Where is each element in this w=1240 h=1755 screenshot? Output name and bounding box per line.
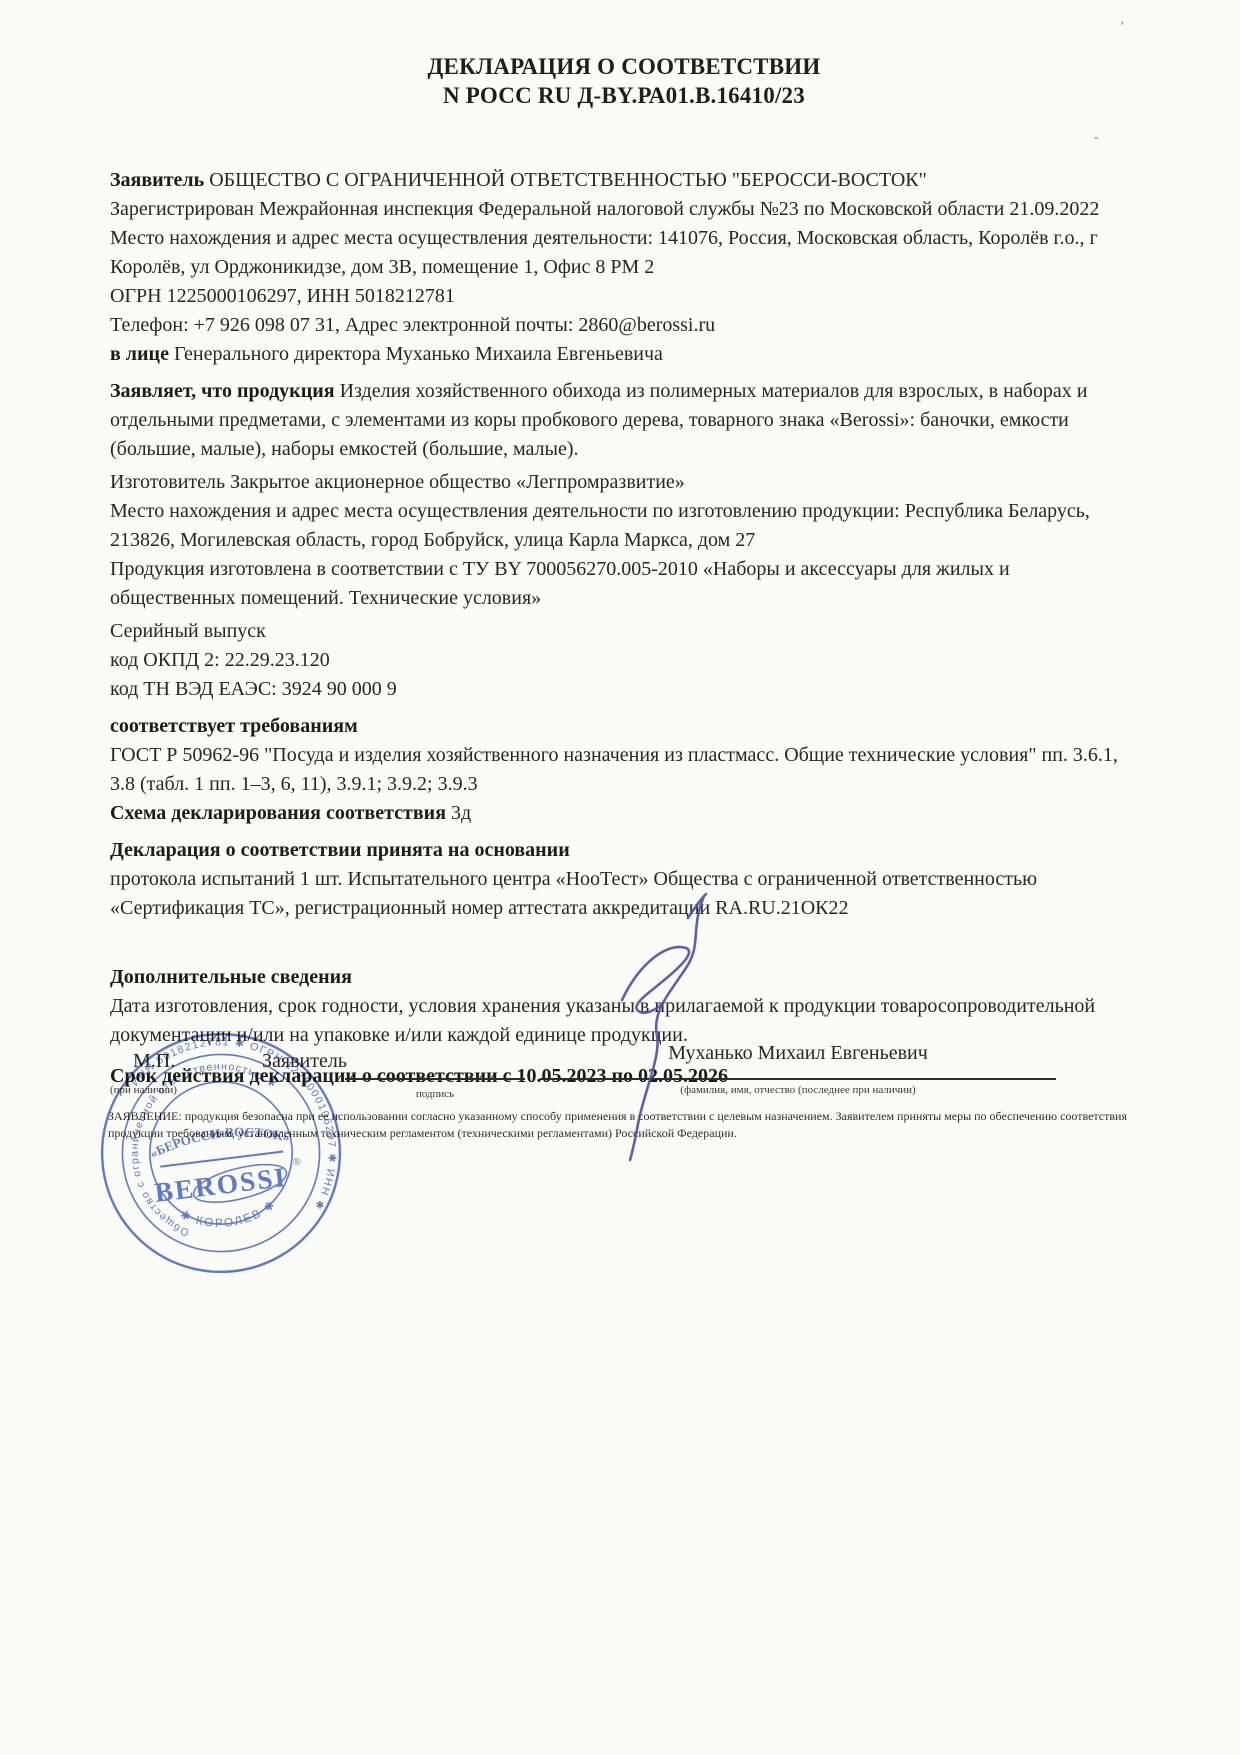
signer-role-label: Заявитель — [262, 1050, 347, 1073]
serial-release: Серийный выпуск — [110, 617, 1138, 646]
name-note: (фамилия, имя, отчество (последнее при н… — [540, 1084, 1056, 1096]
tu-standard-line: Продукция изготовлена в соответствии с Т… — [110, 555, 1138, 613]
stamp-logo: BEROSSI — [153, 1162, 289, 1208]
stamp-logo-reg-icon: ® — [292, 1156, 302, 1169]
represented-by-line: в лице Генерального директора Муханько М… — [110, 340, 1138, 369]
declares-label: Заявляет, что продукция — [110, 380, 335, 402]
applicant-ogrn-inn: ОГРН 1225000106297, ИНН 5018212781 — [110, 282, 1138, 311]
basis-label: Декларация о соответствии принята на осн… — [110, 836, 1138, 865]
svg-text:✱ КОРОЛЕВ ✱: ✱ КОРОЛЕВ ✱ — [177, 1197, 281, 1236]
declaration-number: N РОСС RU Д-BY.РА01.В.16410/23 — [110, 81, 1138, 110]
applicant-label: Заявитель — [110, 169, 204, 191]
scan-artifact: ʼ — [1120, 18, 1124, 34]
manufacturer-address: Место нахождения и адрес места осуществл… — [110, 497, 1138, 555]
stamp-place-label: М.П. — [133, 1050, 175, 1073]
applicant-name-line: Заявитель ОБЩЕСТВО С ОГРАНИЧЕННОЙ ОТВЕТС… — [110, 166, 1138, 195]
represented-label: в лице — [110, 343, 169, 365]
signer-name: Муханько Михаил Евгеньевич — [668, 1042, 928, 1064]
page-title: ДЕКЛАРАЦИЯ О СООТВЕТСТВИИ N РОСС RU Д-BY… — [110, 52, 1138, 110]
manufacturer-line: Изготовитель Закрытое акционерное общест… — [110, 468, 1138, 497]
scheme-label: Схема декларирования соответствия — [110, 802, 446, 824]
footer-statement: ЗАЯВЛЕНИЕ: продукция безопасна при ее ис… — [108, 1108, 1144, 1142]
represented-name: Генерального директора Муханько Михаила … — [169, 343, 663, 365]
applicant-name: ОБЩЕСТВО С ОГРАНИЧЕННОЙ ОТВЕТСТВЕННОСТЬЮ… — [204, 169, 927, 191]
declaration-scheme-line: Схема декларирования соответствия 3д — [110, 799, 1138, 828]
stamp-city: ✱ КОРОЛЕВ ✱ — [177, 1197, 281, 1236]
okpd-code: код ОКПД 2: 22.29.23.120 — [110, 646, 1138, 675]
meets-requirements-label: соответствует требованиям — [110, 712, 1138, 741]
applicant-contacts: Телефон: +7 926 098 07 31, Адрес электро… — [110, 311, 1138, 340]
gost-standard: ГОСТ Р 50962-96 "Посуда и изделия хозяйс… — [110, 741, 1138, 799]
applicant-address: Место нахождения и адрес места осуществл… — [110, 224, 1138, 282]
signature-block: М.П. Заявитель Муханько Михаил Евгеньеви… — [0, 1042, 1240, 1112]
additional-info-label: Дополнительные сведения — [110, 963, 1138, 992]
basis-text: протокола испытаний 1 шт. Испытательного… — [110, 865, 1138, 923]
scheme-value: 3д — [446, 802, 471, 824]
signer-name-line: Муханько Михаил Евгеньевич — [540, 1042, 1056, 1080]
declaration-document: ДЕКЛАРАЦИЯ О СООТВЕТСТВИИ N РОСС RU Д-BY… — [0, 0, 1240, 1091]
applicant-registration: Зарегистрирован Межрайонная инспекция Фе… — [110, 195, 1138, 224]
signature-note: подпись — [345, 1088, 525, 1100]
document-title: ДЕКЛАРАЦИЯ О СООТВЕТСТВИИ — [110, 52, 1138, 81]
tnved-code: код ТН ВЭД ЕАЭС: 3924 90 000 9 — [110, 675, 1138, 704]
stamp-note: (при наличии) — [110, 1084, 177, 1096]
scan-artifact: ˆ — [1094, 134, 1098, 150]
product-declaration-line: Заявляет, что продукция Изделия хозяйств… — [110, 377, 1138, 464]
signature-line — [345, 1042, 525, 1080]
